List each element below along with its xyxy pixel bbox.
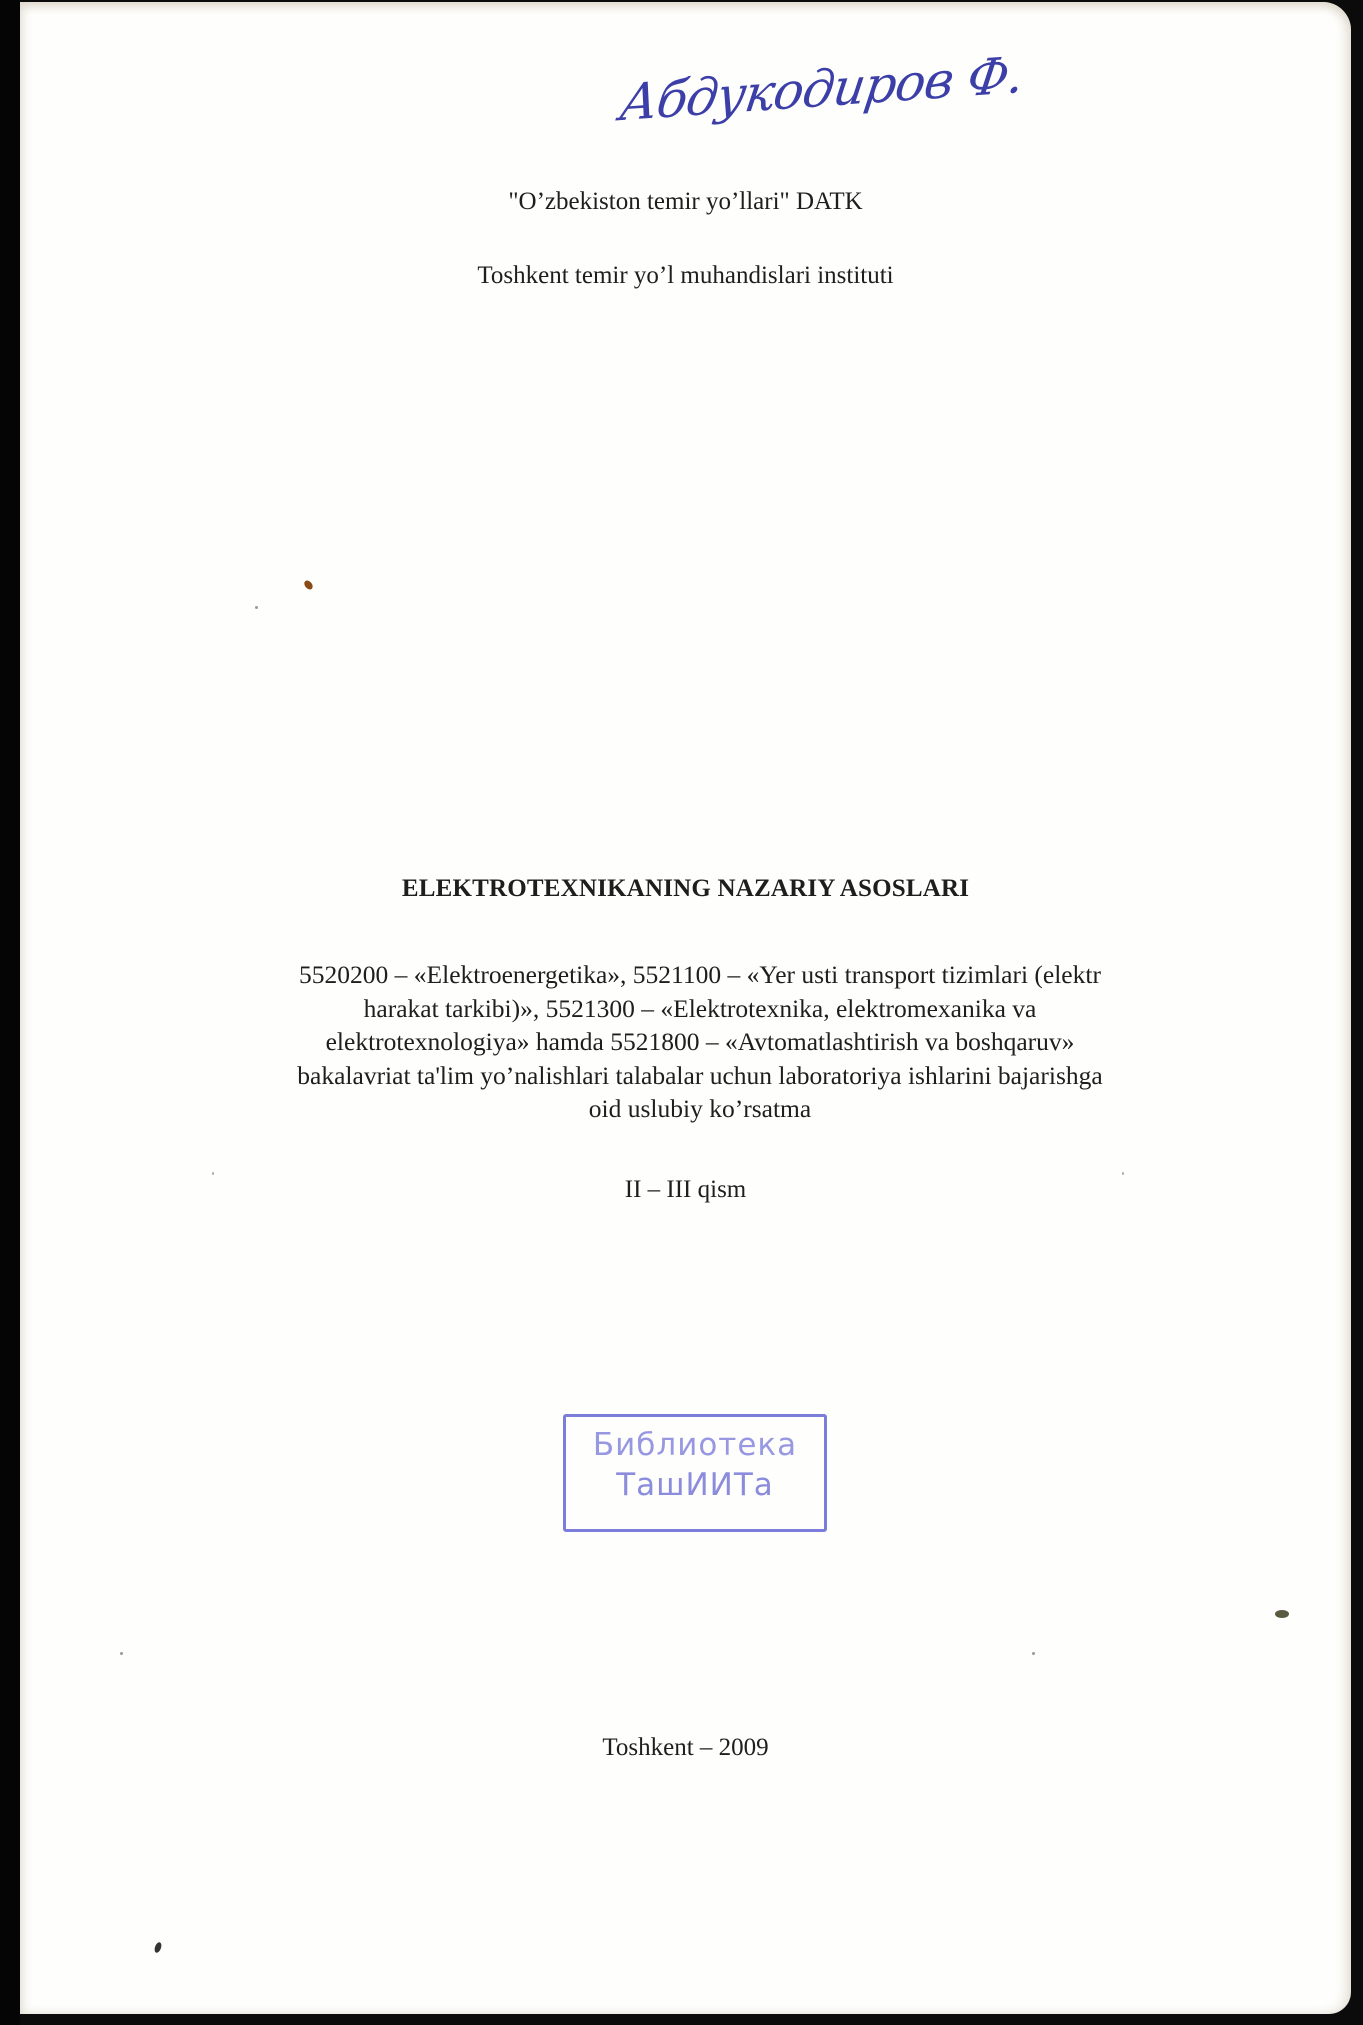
stamp-line-library: Библиотека: [566, 1427, 824, 1463]
scan-speck: [1032, 1652, 1035, 1655]
document-description: 5520200 – «Elektroenergetika», 5521100 –…: [200, 958, 1200, 1126]
description-line: 5520200 – «Elektroenergetika», 5521100 –…: [200, 958, 1200, 992]
organization-name: "O’zbekiston temir yo’llari" DATK: [20, 188, 1351, 216]
scan-speck: [212, 1172, 214, 1175]
institute-name: Toshkent temir yo’l muhandislari institu…: [20, 262, 1351, 290]
scan-speck: [255, 606, 258, 609]
description-line: bakalavriat ta'lim yo’nalishlari talabal…: [200, 1059, 1200, 1093]
scan-speck: [153, 1941, 162, 1953]
scan-speck: [303, 579, 315, 591]
scan-left-edge: [0, 0, 20, 2025]
document-page: Абдукодиров Ф. "O’zbekiston temir yo’lla…: [20, 2, 1351, 2014]
document-title: ELEKTROTEXNIKANING NAZARIY ASOSLARI: [20, 875, 1351, 903]
library-stamp: Библиотека ТашИИТа: [563, 1414, 827, 1532]
description-line: harakat tarkibi)», 5521300 – «Elektrotex…: [200, 992, 1200, 1026]
handwritten-signature: Абдукодиров Ф.: [616, 46, 1027, 133]
stamp-line-institute: ТашИИТа: [566, 1467, 824, 1503]
scan-speck: [120, 1652, 123, 1655]
description-line: oid uslubiy ko’rsatma: [200, 1092, 1200, 1126]
part-label: II – III qism: [20, 1176, 1351, 1204]
description-line: elektrotexnologiya» hamda 5521800 – «Avt…: [200, 1025, 1200, 1059]
scan-speck: [1122, 1172, 1124, 1175]
place-and-year: Toshkent – 2009: [20, 1734, 1351, 1762]
scan-speck: [1275, 1610, 1289, 1618]
